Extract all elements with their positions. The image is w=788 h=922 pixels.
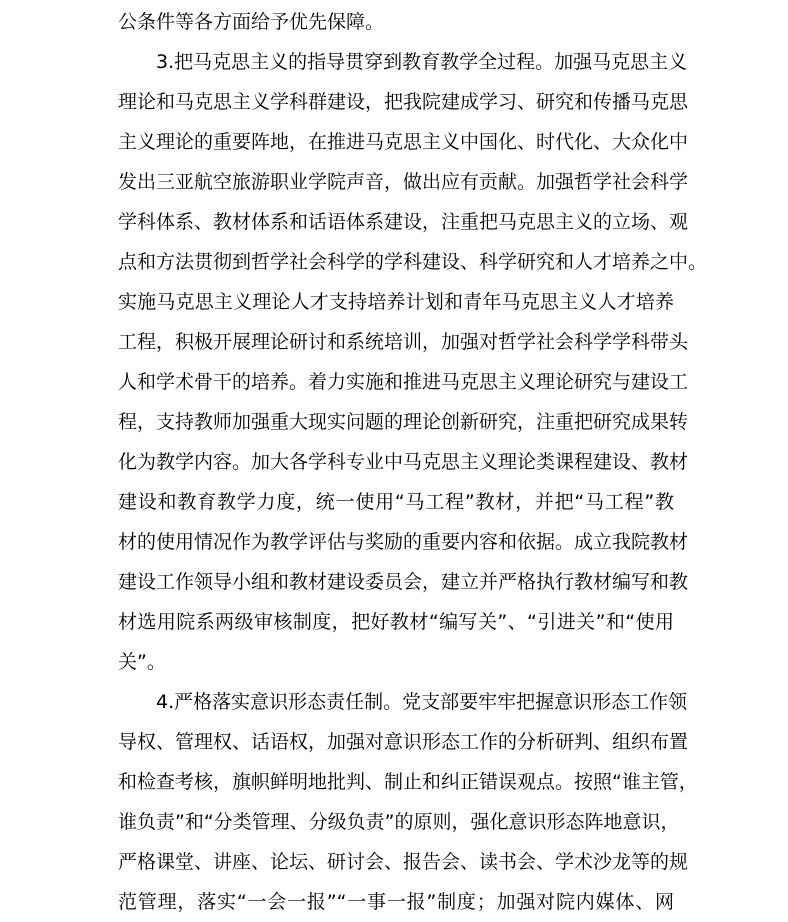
text-line: 程，支持教师加强重大现实问题的理论创新研究，注重把研究成果转 — [118, 402, 674, 442]
text-line: 主义理论的重要阵地，在推进马克思主义中国化、时代化、大众化中 — [118, 122, 674, 162]
text-line: 建设和教育教学力度，统一使用“马工程”教材，并把“马工程”教 — [118, 482, 674, 522]
text-line: 和检查考核，旗帜鲜明地批判、制止和纠正错误观点。按照“谁主管， — [118, 762, 674, 802]
text-line: 建设工作领导小组和教材建设委员会，建立并严格执行教材编写和教 — [118, 562, 674, 602]
text-line: 导权、管理权、话语权，加强对意识形态工作的分析研判、组织布置 — [118, 722, 674, 762]
text-line: 材选用院系两级审核制度，把好教材“编写关”、“引进关”和“使用 — [118, 602, 674, 642]
text-line: 材的使用情况作为教学评估与奖励的重要内容和依据。成立我院教材 — [118, 522, 674, 562]
text-line: 理论和马克思主义学科群建设，把我院建成学习、研究和传播马克思 — [118, 82, 674, 122]
paragraph-4-heading-line: 4.严格落实意识形态责任制。党支部要牢牢把握意识形态工作领 — [118, 682, 674, 722]
text-line: 谁负责”和“分类管理、分级负责”的原则，强化意识形态阵地意识， — [118, 802, 674, 842]
paragraph-3-heading-line: 3.把马克思主义的指导贯穿到教育教学全过程。加强马克思主义 — [118, 42, 674, 82]
text-line: 化为教学内容。加大各学科专业中马克思主义理论类课程建设、教材 — [118, 442, 674, 482]
text-line: 学科体系、教材体系和话语体系建设，注重把马克思主义的立场、观 — [118, 202, 674, 242]
text-line: 实施马克思主义理论人才支持培养计划和青年马克思主义人才培养 — [118, 282, 674, 322]
text-line: 严格课堂、讲座、论坛、研讨会、报告会、读书会、学术沙龙等的规 — [118, 842, 674, 882]
text-line: 公条件等各方面给予优先保障。 — [118, 2, 674, 42]
text-line: 发出三亚航空旅游职业学院声音，做出应有贡献。加强哲学社会科学 — [118, 162, 674, 202]
text-line: 工程，积极开展理论研讨和系统培训，加强对哲学社会科学学科带头 — [118, 322, 674, 362]
text-line: 点和方法贯彻到哲学社会科学的学科建设、科学研究和人才培养之中。 — [118, 242, 674, 282]
text-line: 人和学术骨干的培养。着力实施和推进马克思主义理论研究与建设工 — [118, 362, 674, 402]
text-line: 范管理，落实“一会一报”“一事一报”制度；加强对院内媒体、网 — [118, 882, 674, 922]
text-line: 关”。 — [118, 642, 674, 682]
